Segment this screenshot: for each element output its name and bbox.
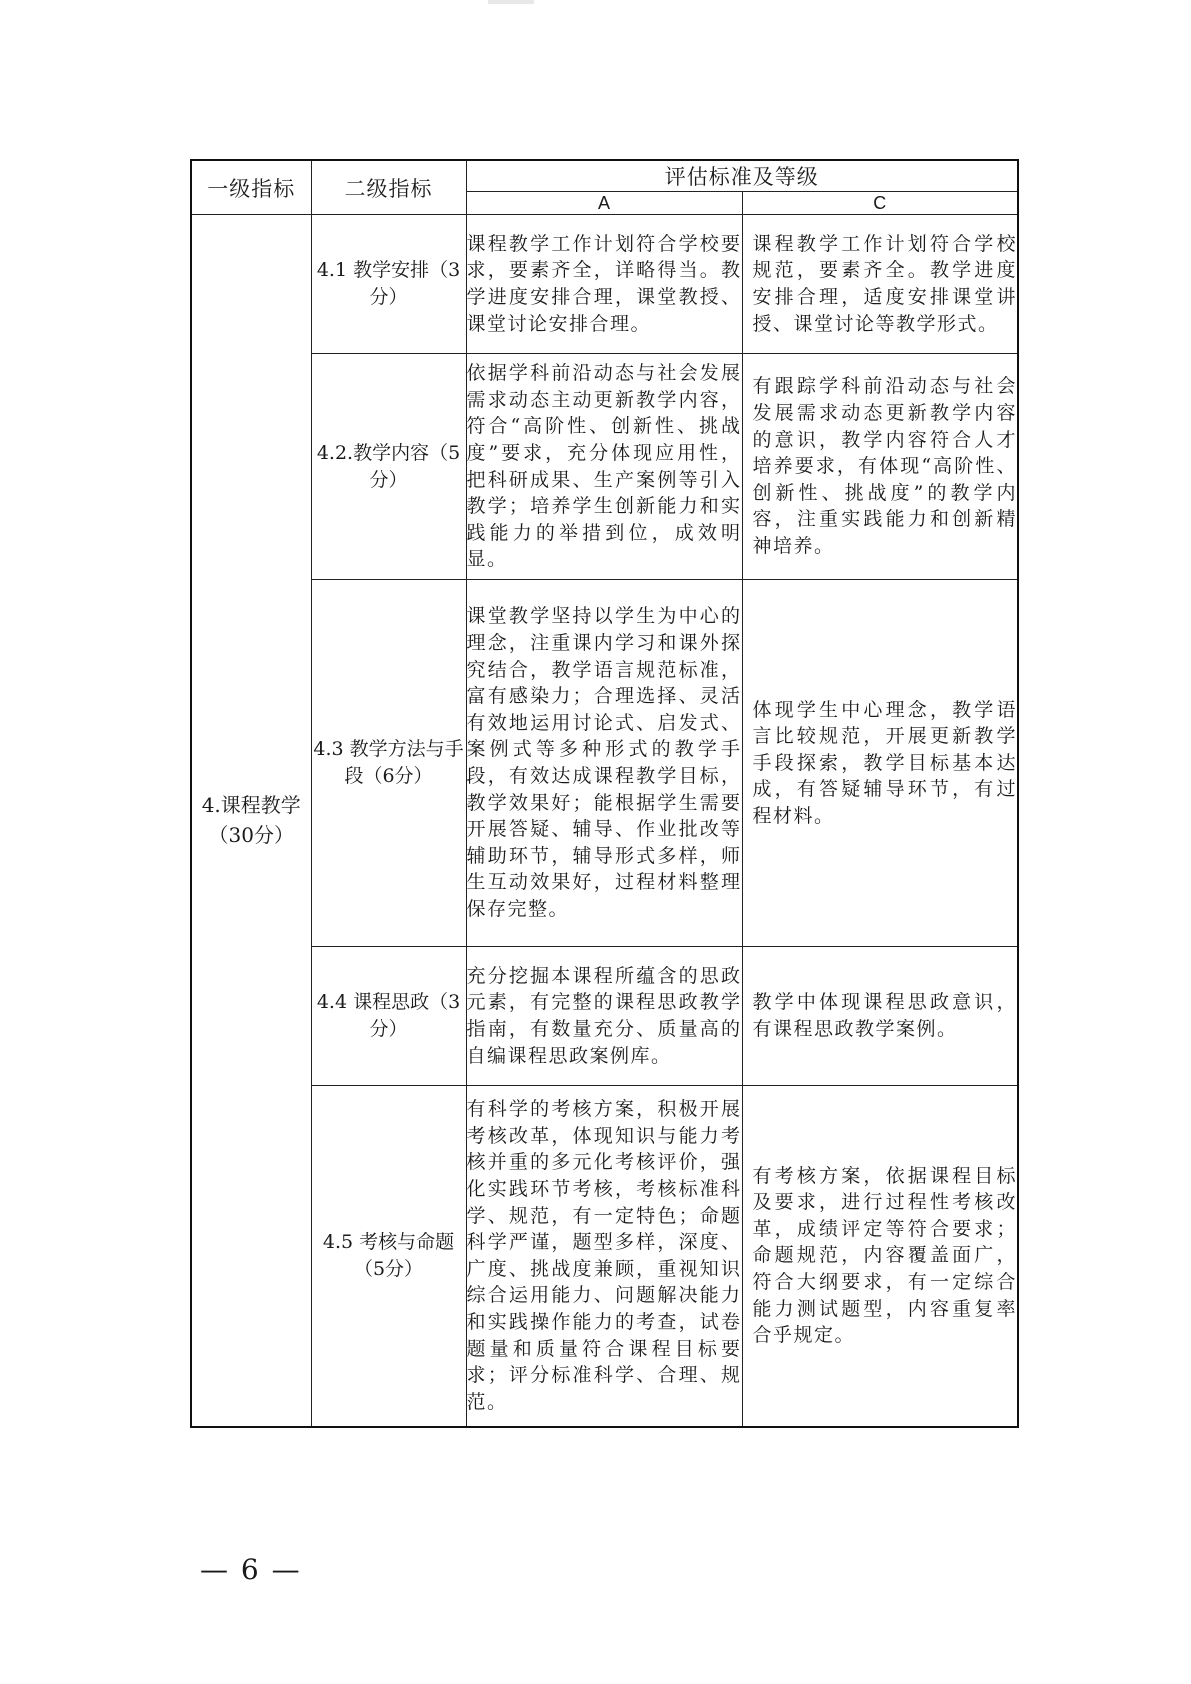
criteria-a: 课程教学工作计划符合学校要求，要素齐全，详略得当。教学进度安排合理，课堂教授、课… (466, 215, 742, 354)
evaluation-table: 一级指标 二级指标 评估标准及等级 A C 4.课程教学（30分） 4.1 教学… (190, 159, 1019, 1428)
table-row: 4.3 教学方法与手段（6分） 课堂教学坚持以学生为中心的理念，注重课内学习和课… (191, 580, 1018, 947)
table-row: 4.5 考核与命题（5分） 有科学的考核方案，积极开展考核改革，体现知识与能力考… (191, 1086, 1018, 1427)
header-level1: 一级指标 (191, 160, 311, 215)
table-row: 4.课程教学（30分） 4.1 教学安排（3分） 课程教学工作计划符合学校要求，… (191, 215, 1018, 354)
page-number: — 6 — (200, 1553, 302, 1586)
level2-item: 4.4 课程思政（3分） (311, 947, 466, 1086)
criteria-a: 课堂教学坚持以学生为中心的理念，注重课内学习和课外探究结合，教学语言规范标准，富… (466, 580, 742, 947)
header-level2: 二级指标 (311, 160, 466, 215)
criteria-c: 体现学生中心理念，教学语言比较规范，开展更新教学手段探索，教学目标基本达成，有答… (742, 580, 1018, 947)
criteria-c: 有考核方案，依据课程目标及要求，进行过程性考核改革，成绩评定等符合要求；命题规范… (742, 1086, 1018, 1427)
table-row: 4.2.教学内容（5分） 依据学科前沿动态与社会发展需求动态主动更新教学内容，符… (191, 354, 1018, 580)
criteria-a: 充分挖掘本课程所蕴含的思政元素，有完整的课程思政教学指南，有数量充分、质量高的自… (466, 947, 742, 1086)
criteria-c: 课程教学工作计划符合学校规范，要素齐全。教学进度安排合理，适度安排课堂讲授、课堂… (742, 215, 1018, 354)
table-row: 4.4 课程思政（3分） 充分挖掘本课程所蕴含的思政元素，有完整的课程思政教学指… (191, 947, 1018, 1086)
level1-item: 4.课程教学（30分） (191, 215, 311, 1427)
level2-item: 4.2.教学内容（5分） (311, 354, 466, 580)
header-grade-a: A (466, 192, 742, 215)
header-grade-c: C (742, 192, 1018, 215)
level2-item: 4.1 教学安排（3分） (311, 215, 466, 354)
scan-mark (488, 0, 534, 4)
criteria-c: 教学中体现课程思政意识，有课程思政教学案例。 (742, 947, 1018, 1086)
criteria-a: 依据学科前沿动态与社会发展需求动态主动更新教学内容，符合“高阶性、创新性、挑战度… (466, 354, 742, 580)
level2-item: 4.3 教学方法与手段（6分） (311, 580, 466, 947)
criteria-a: 有科学的考核方案，积极开展考核改革，体现知识与能力考核并重的多元化考核评价，强化… (466, 1086, 742, 1427)
header-criteria: 评估标准及等级 (466, 160, 1018, 192)
level2-item: 4.5 考核与命题（5分） (311, 1086, 466, 1427)
criteria-c: 有跟踪学科前沿动态与社会发展需求动态更新教学内容的意识，教学内容符合人才培养要求… (742, 354, 1018, 580)
